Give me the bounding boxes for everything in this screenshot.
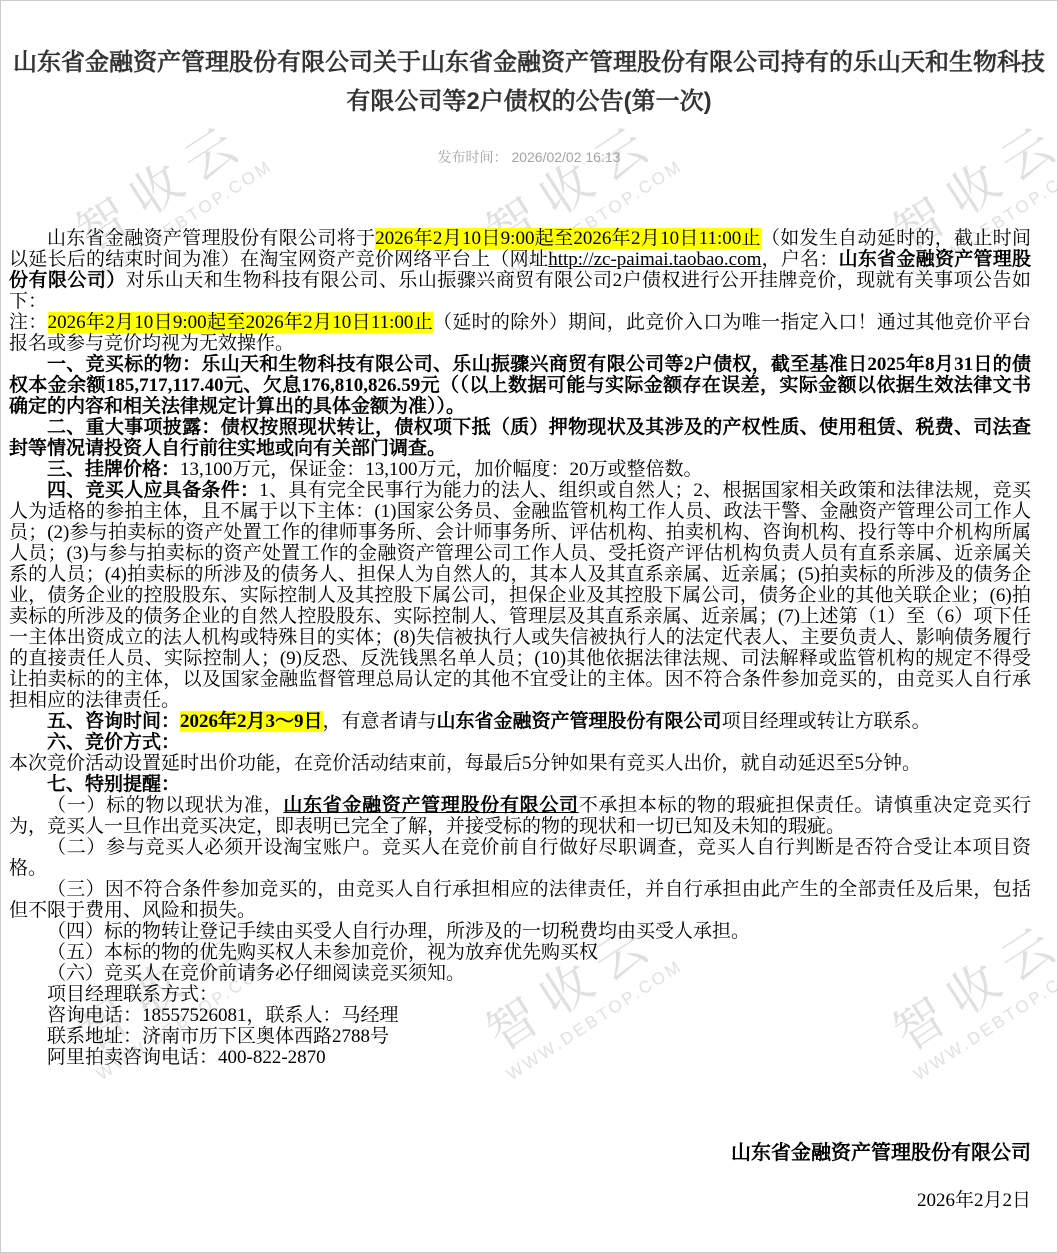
text-run: 项目经理或转让方联系。	[722, 711, 931, 732]
text-run: ，户名：	[761, 249, 838, 270]
text-run: 注：	[9, 312, 48, 333]
auction-time-highlight: 2026年2月10日9:00起至2026年2月10日11:00止	[375, 228, 761, 249]
contact-ali-hotline: 阿里拍卖咨询电话：400-822-2870	[9, 1047, 1031, 1068]
text-run: 二、重大事项披露：债权按照现状转让，债权项下抵（质）押物现状及其涉及的产权性质、…	[9, 417, 1031, 459]
contact-phone: 咨询电话：18557526081，联系人：马经理	[9, 1005, 1031, 1026]
section-4-qualifications: 四、竞买人应具备条件：1、具有完全民事行为能力的法人、组织或自然人；2、根据国家…	[9, 480, 1031, 711]
text-run: 阿里拍卖咨询电话：400-822-2870	[47, 1047, 326, 1068]
section-6-bidding-method: 六、竞价方式：	[9, 732, 1031, 753]
announcement-body: 山东省金融资产管理股份有限公司将于2026年2月10日9:00起至2026年2月…	[1, 228, 1057, 1068]
section-3-price: 三、挂牌价格：13,100万元，保证金：13,100万元，加价幅度：20万或整倍…	[9, 459, 1031, 480]
text-run: ，有意者请与	[323, 711, 437, 732]
text-run: 一、竞买标的物：乐山天和生物科技有限公司、乐山振骤兴商贸有限公司等2户债权，截至…	[9, 354, 1031, 417]
text-run: （一）标的物以现状为准，	[47, 795, 283, 816]
text-run: 联系地址：济南市历下区奥体西路2788号	[47, 1026, 389, 1047]
signature-company: 山东省金融资产管理股份有限公司	[1, 1136, 1031, 1165]
publish-time-label: 发布时间：	[438, 149, 508, 165]
text-run: 七、特别提醒：	[47, 774, 180, 795]
publish-time: 发布时间： 2026/02/02 16:13	[1, 147, 1057, 167]
signature-date: 2026年2月2日	[1, 1185, 1031, 1212]
bidding-method-text: 本次竞价活动设置延时出价功能，在竞价活动结束前，每最后5分钟如果有竞买人出价，就…	[9, 753, 1031, 774]
text-run: 项目经理联系方式：	[47, 984, 218, 1005]
section-5-consultation: 五、咨询时间：2026年2月3～9日，有意者请与山东省金融资产管理股份有限公司项…	[9, 711, 1031, 732]
section-2-disclosure: 二、重大事项披露：债权按照现状转让，债权项下抵（质）押物现状及其涉及的产权性质、…	[9, 417, 1031, 459]
notice-item-1: （一）标的物以现状为准，山东省金融资产管理股份有限公司不承担本标的物的瑕疵担保责…	[9, 795, 1031, 837]
section-1-subject: 一、竞买标的物：乐山天和生物科技有限公司、乐山振骤兴商贸有限公司等2户债权，截至…	[9, 354, 1031, 417]
text-run: 三、挂牌价格：	[47, 459, 180, 480]
note-paragraph: 注：2026年2月10日9:00起至2026年2月10日11:00止（延时的除外…	[9, 312, 1031, 354]
document-content: 山东省金融资产管理股份有限公司关于山东省金融资产管理股份有限公司持有的乐山天和生…	[1, 1, 1057, 1212]
text-run: 咨询电话：18557526081，联系人：马经理	[47, 1005, 399, 1026]
intro-paragraph: 山东省金融资产管理股份有限公司将于2026年2月10日9:00起至2026年2月…	[9, 228, 1031, 312]
text-run: （六）竞买人在竞价前请务必仔细阅读竞买须知。	[47, 963, 465, 984]
contact-address: 联系地址：济南市历下区奥体西路2788号	[9, 1026, 1031, 1047]
notice-item-4: （四）标的物转让登记手续由买受人自行办理，所涉及的一切税费均由买受人承担。	[9, 921, 1031, 942]
text-run: 13,100万元，保证金：13,100万元，加价幅度：20万或整倍数。	[180, 459, 703, 480]
text-run: 五、咨询时间：	[47, 711, 180, 732]
text-run: 山东省金融资产管理股份有限公司将于	[47, 228, 375, 249]
notice-item-5: （五）本标的物的优先购买权人未参加竞价，视为放弃优先购买权	[9, 942, 1031, 963]
page-title: 山东省金融资产管理股份有限公司关于山东省金融资产管理股份有限公司持有的乐山天和生…	[1, 1, 1057, 121]
signature-block: 山东省金融资产管理股份有限公司 2026年2月2日	[1, 1136, 1057, 1212]
text-run: 山东省金融资产管理股份有限公司	[283, 795, 578, 816]
publish-time-value: 2026/02/02 16:13	[511, 149, 620, 165]
text-run: 1、具有完全民事行为能力的法人、组织或自然人；2、根据国家相关政策和法律法规，竞…	[9, 480, 1031, 711]
text-run: 四、竞买人应具备条件：	[47, 480, 259, 501]
note-time-highlight: 2026年2月10日9:00起至2026年2月10日11:00止	[48, 312, 433, 333]
notice-item-6: （六）竞买人在竞价前请务必仔细阅读竞买须知。	[9, 963, 1031, 984]
text-run: （五）本标的物的优先购买权人未参加竞价，视为放弃优先购买权	[47, 942, 598, 963]
text-run: 六、竞价方式：	[47, 732, 180, 753]
text-run: 对乐山天和生物科技有限公司、乐山振骤兴商贸有限公司2户债权进行公开挂牌竞价，现就…	[9, 270, 1031, 312]
notice-item-3: （三）因不符合条件参加竞买的，由竞买人自行承担相应的法律责任，并自行承担由此产生…	[9, 879, 1031, 921]
notice-item-2: （二）参与竞买人必须开设淘宝账户。竞买人在竞价前自行做好尽职调查，竞买人自行判断…	[9, 837, 1031, 879]
announcement-document: 智收云 WWW.DEBTOP.COM 智收云 WWW.DEBTOP.COM 智收…	[0, 0, 1058, 1253]
text-run: （三）因不符合条件参加竞买的，由竞买人自行承担相应的法律责任，并自行承担由此产生…	[9, 879, 1031, 921]
consultation-period-highlight: 2026年2月3～9日	[180, 711, 323, 732]
text-run: 山东省金融资产管理股份有限公司	[437, 711, 722, 732]
text-run: 本次竞价活动设置延时出价功能，在竞价活动结束前，每最后5分钟如果有竞买人出价，就…	[9, 753, 921, 774]
section-7-special-notice: 七、特别提醒：	[9, 774, 1031, 795]
contact-heading: 项目经理联系方式：	[9, 984, 1031, 1005]
auction-platform-url[interactable]: http://zc-paimai.taobao.com	[548, 249, 761, 270]
text-run: （二）参与竞买人必须开设淘宝账户。竞买人在竞价前自行做好尽职调查，竞买人自行判断…	[9, 837, 1031, 879]
text-run: （四）标的物转让登记手续由买受人自行办理，所涉及的一切税费均由买受人承担。	[47, 921, 750, 942]
